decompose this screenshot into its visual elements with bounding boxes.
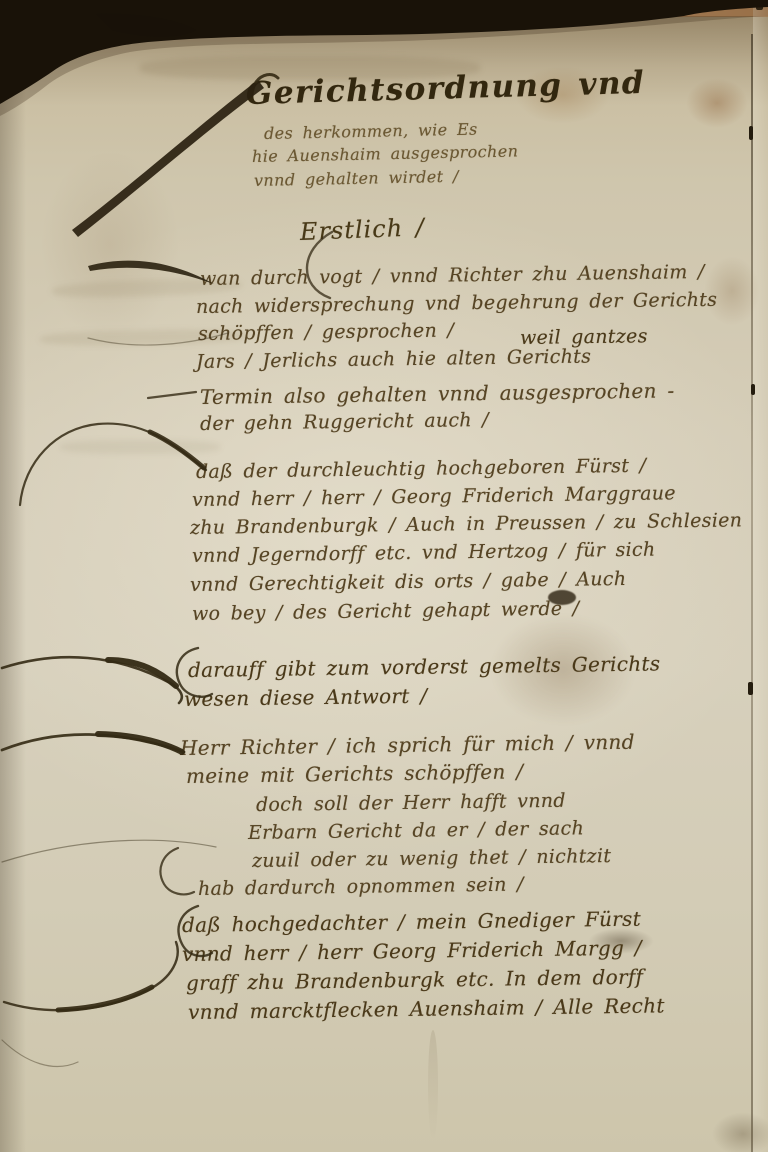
title-subline: vnnd gehalten wirdet / [254, 167, 459, 190]
handwritten-line: daß der durchleuchtig hochgeboren Fürst … [196, 455, 647, 483]
flourish-p6-swash [4, 942, 178, 1010]
handwritten-line: schöpffen / gesprochen / [198, 319, 454, 345]
right-page-edge [753, 0, 768, 1152]
handwritten-line: Herr Richter / ich sprich für mich / vnn… [180, 730, 635, 760]
handwritten-line: Jars / Jerlichs auch hie alten Gerichts [196, 345, 591, 373]
flourish-p4-swash-thick [98, 734, 182, 752]
flourish-erstlich [88, 261, 214, 284]
right-crease [751, 34, 753, 1152]
crease-speck [751, 384, 755, 395]
showthrough-line [60, 440, 220, 454]
title-subline: hie Auenshaim ausgesprochen [252, 141, 519, 166]
handwritten-line: der gehn Ruggericht auch / [200, 409, 489, 435]
vertical-crease [428, 1030, 438, 1140]
handwritten-line: graff zhu Brandenburgk etc. In dem dorff [186, 965, 644, 995]
handwritten-line: wan durch vogt / vnnd Richter zhu Auensh… [200, 261, 705, 290]
flourish-p3-swash [2, 657, 182, 703]
flourish-p5-curl [160, 848, 194, 894]
handwritten-line: vnnd marcktflecken Auenshaim / Alle Rech… [188, 993, 665, 1024]
handwritten-line: doch soll der Herr hafft vnnd [256, 790, 566, 816]
stain [40, 150, 180, 340]
handwritten-line: Erbarn Gericht da er / der sach [248, 817, 584, 844]
flourish-p6-swash-thick [58, 987, 152, 1010]
handwritten-line: zuuil oder zu wenig thet / nichtzit [252, 845, 612, 872]
handwritten-line: daß hochgedachter / mein Gnediger Fürst [182, 907, 641, 937]
flourish-faint-line [2, 840, 216, 862]
flourish-p4-swash [2, 734, 184, 752]
handwritten-line: nach widersprechung vnd begehrung der Ge… [196, 289, 718, 318]
handwritten-line: vnnd Gerechtigkeit dis orts / gabe / Auc… [190, 568, 627, 596]
section-heading: Erstlich / [299, 213, 425, 246]
upper-page-edge [56, 0, 768, 17]
flourish-termin-dash [148, 392, 196, 398]
corner-notch [756, 0, 763, 10]
crease-speck [748, 682, 753, 695]
handwritten-line: vnnd herr / herr Georg Friderich Margg / [182, 936, 642, 966]
crease-speck [749, 126, 753, 140]
handwritten-line: wesen diese Antwort / [184, 684, 428, 711]
handwritten-line: darauff gibt zum vorderst gemelts Gerich… [188, 651, 661, 682]
handwritten-line: vnnd Jegerndorff etc. vnd Hertzog / für … [192, 539, 656, 567]
flourish-p3-swash-thick [108, 660, 176, 686]
left-gutter-shadow [0, 0, 26, 1152]
flourish-p2-swash [20, 424, 206, 505]
handwritten-line: Termin also gehalten vnnd ausgesprochen … [200, 378, 675, 409]
handwritten-line: meine mit Gerichts schöpffen / [186, 759, 524, 788]
manuscript-page: Gerichtsordnung vnd des herkommen, wie E… [0, 0, 768, 1152]
handwritten-line: vnnd herr / herr / Georg Friderich Margg… [192, 482, 676, 511]
handwritten-line: wo bey / des Gericht gehapt werde / [192, 598, 580, 625]
handwritten-line: hab dardurch opnommen sein / [198, 873, 524, 900]
handwritten-line: zhu Brandenburgk / Auch in Preussen / zu… [190, 509, 743, 539]
title-subline: des herkommen, wie Es [264, 120, 478, 143]
